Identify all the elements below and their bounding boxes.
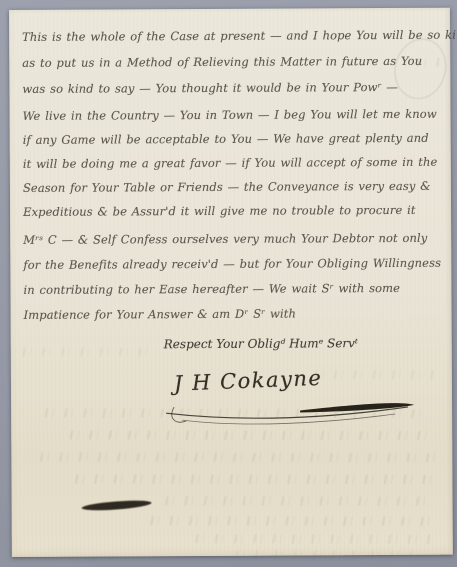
manuscript-line: We live in the Country — You in Town — I… [22, 102, 450, 128]
show-through-line [71, 474, 431, 484]
ink-smudge [81, 499, 151, 512]
show-through-line [413, 58, 443, 67]
show-through-line [66, 430, 436, 440]
show-through-line [36, 452, 436, 462]
show-through-line [41, 408, 431, 418]
manuscript-line: Expeditious & be Assur'd it will give me… [23, 198, 451, 224]
manuscript-line: for the Benefits already receiv'd — but … [23, 251, 451, 278]
manuscript-line: was so kind to say — You thought it woul… [22, 74, 450, 102]
manuscript-line: This is the whole of the Case at present… [22, 22, 450, 50]
manuscript-line: Season for Your Table or Friends — the C… [23, 174, 451, 200]
show-through-line [232, 550, 412, 559]
manuscript-line: as to put us in a Method of Relieving th… [22, 48, 450, 76]
manuscript-line: in contributing to her Ease hereafter — … [23, 276, 451, 303]
letter-body: This is the whole of the Case at present… [22, 8, 452, 430]
letter-page: This is the whole of the Case at present… [9, 8, 453, 557]
show-through-line [311, 370, 436, 379]
scan-background: { "page": { "background_color": "#969aa7… [0, 0, 457, 567]
show-through-line [147, 516, 437, 526]
closing-line: Respect Your Obligᵈ Humᵉ Servᵗ [164, 330, 452, 358]
show-through-line [162, 496, 432, 505]
show-through-line [192, 534, 432, 543]
paragraph-1: This is the whole of the Case at present… [22, 8, 450, 102]
paragraph-3: Mʳˢ C — & Self Confess ourselves very mu… [23, 226, 452, 328]
paragraph-2: We live in the Country — You in Town — I… [22, 102, 451, 224]
manuscript-line: it will be doing me a great favor — if Y… [23, 150, 451, 176]
manuscript-line: Mʳˢ C — & Self Confess ourselves very mu… [23, 226, 451, 253]
manuscript-line: if any Game will be acceptable to You — … [23, 126, 451, 152]
show-through-line [19, 347, 149, 356]
manuscript-line: Impatience for Your Answer & am Dʳ Sʳ wi… [24, 301, 452, 328]
signature-flourish-icon [160, 386, 428, 429]
